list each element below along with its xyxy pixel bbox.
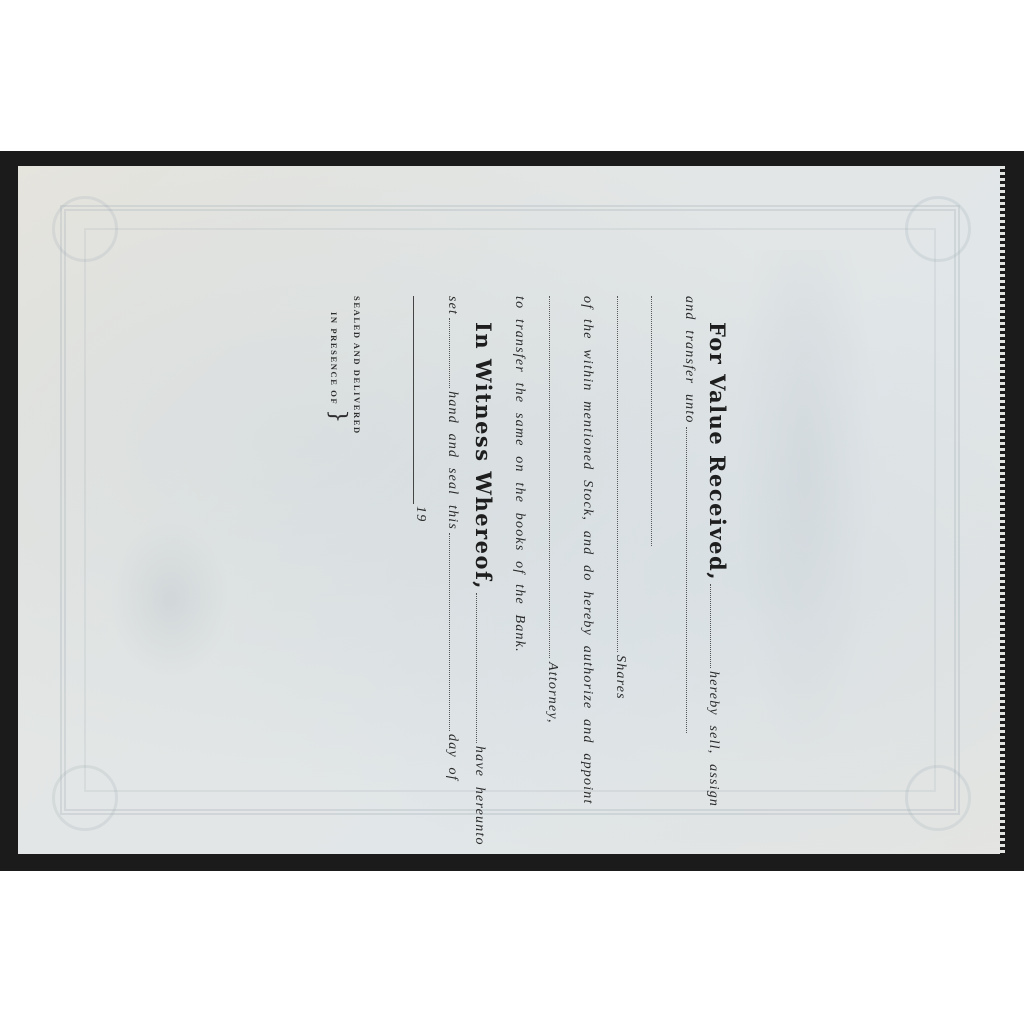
line-year: 19	[412, 506, 428, 522]
show-through-vignette	[110, 520, 230, 680]
have-hereunto-text: have hereunto	[471, 746, 487, 846]
perforated-edge	[1000, 166, 1005, 854]
shares-text: Shares	[612, 655, 628, 700]
date-month-field[interactable]	[413, 296, 414, 504]
witness-signer-field[interactable]	[476, 593, 477, 743]
set-text: set	[444, 296, 460, 315]
attorney-name-field[interactable]	[549, 296, 550, 658]
year-prefix-text: 19	[412, 506, 428, 522]
hereby-sell-assign-text: hereby sell, assign	[705, 671, 721, 807]
line-hand-and-seal: set hand and seal this day of	[444, 296, 460, 781]
transfer-books-text: to transfer the same on the books of the…	[511, 296, 527, 653]
transferee-continuation-field[interactable]	[651, 296, 652, 546]
pronoun-field[interactable]	[449, 318, 450, 388]
transfer-unto-text: and transfer unto	[681, 296, 697, 424]
line-transfer-unto: and transfer unto	[681, 296, 697, 736]
shares-count-field[interactable]	[617, 296, 618, 652]
show-through-corner-ornament	[905, 765, 971, 831]
transferee-field[interactable]	[686, 427, 687, 733]
grantor-field[interactable]	[710, 584, 711, 668]
line-within-mentioned-stock: of the within mentioned Stock, and do he…	[579, 296, 595, 805]
within-mentioned-stock-text: of the within mentioned Stock, and do he…	[579, 296, 595, 805]
in-presence-of-label: IN PRESENCE OF }	[325, 312, 350, 423]
line-attorney: Attorney,	[544, 662, 560, 724]
for-value-received-heading: For Value Received,	[705, 322, 730, 581]
show-through-title	[735, 250, 875, 770]
hand-and-seal-text: hand and seal this	[444, 391, 460, 530]
show-through-corner-ornament	[905, 196, 971, 262]
line-shares: Shares	[612, 655, 628, 700]
attorney-text: Attorney,	[544, 662, 560, 724]
show-through-corner-ornament	[52, 196, 118, 262]
sealed-and-delivered-label: SEALED AND DELIVERED	[352, 296, 362, 435]
in-witness-whereof-heading: In Witness Whereof,	[471, 322, 496, 590]
day-field[interactable]	[449, 533, 450, 731]
brace-symbol: }	[325, 409, 350, 423]
day-of-text: day of	[444, 734, 460, 781]
show-through-corner-ornament	[52, 765, 118, 831]
line-for-value-received: For Value Received, hereby sell, assign	[705, 322, 730, 807]
line-transfer-books: to transfer the same on the books of the…	[511, 296, 527, 653]
line-in-witness-whereof: In Witness Whereof, have hereunto	[471, 322, 496, 846]
